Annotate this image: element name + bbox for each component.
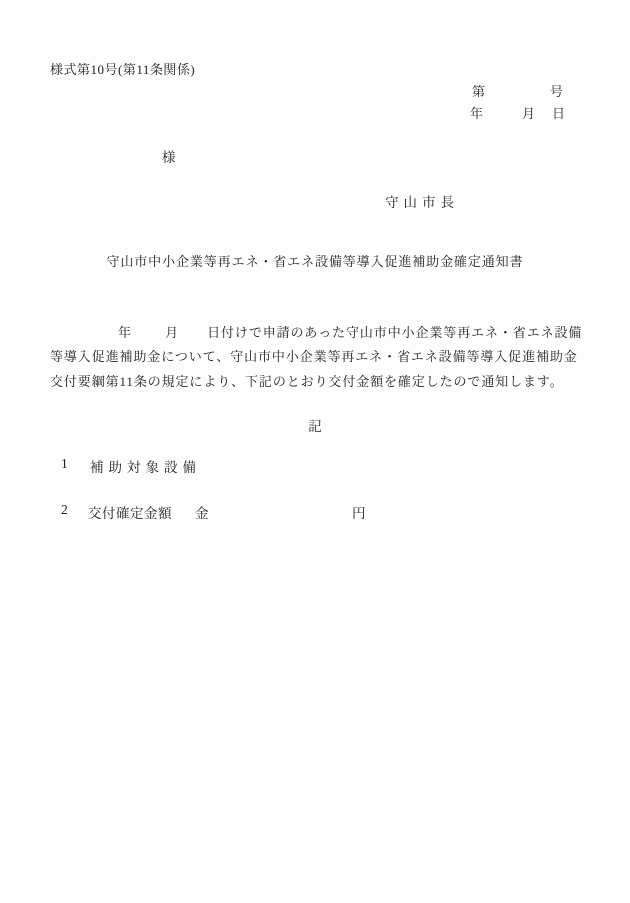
body-month-label: 月 bbox=[165, 322, 179, 341]
body-line-1-text: 日付けで申請のあった守山市中小企業等再エネ・省エネ設備 bbox=[207, 322, 582, 341]
date-day-label: 日 bbox=[552, 103, 565, 122]
list-item-2: 2 交付確定金額 金 円 bbox=[0, 502, 630, 522]
item-2-number: 2 bbox=[61, 502, 68, 518]
form-number-label: 様式第10号(第11条関係) bbox=[50, 59, 195, 78]
item-1-number: 1 bbox=[61, 456, 68, 472]
date-month-label: 月 bbox=[522, 103, 535, 122]
ki-section-marker: 記 bbox=[0, 415, 630, 435]
sender-mayor-label: 守山市長 bbox=[385, 191, 459, 211]
doc-number-suffix: 号 bbox=[550, 81, 563, 100]
body-paragraph-line-1: 年 月 日付けで申請のあった守山市中小企業等再エネ・省エネ設備 bbox=[50, 322, 590, 341]
amount-prefix-kin: 金 bbox=[195, 502, 209, 522]
doc-number-prefix: 第 bbox=[472, 81, 485, 100]
item-1-label: 補助対象設備 bbox=[90, 456, 201, 476]
document-page: 様式第10号(第11条関係) 第 号 年 月 日 様 守山市長 守山市中小企業等… bbox=[0, 0, 630, 903]
body-paragraph-line-3: 交付要綱第11条の規定により、下記のとおり交付金額を確定したので通知します。 bbox=[50, 371, 590, 390]
body-paragraph-line-2: 等導入促進補助金について、守山市中小企業等再エネ・省エネ設備等導入促進補助金 bbox=[50, 346, 590, 365]
addressee-honorific: 様 bbox=[162, 146, 176, 166]
item-2-label: 交付確定金額 bbox=[88, 502, 172, 522]
date-year-label: 年 bbox=[470, 103, 483, 122]
amount-suffix-yen: 円 bbox=[352, 502, 366, 522]
body-year-label: 年 bbox=[118, 322, 132, 341]
document-title: 守山市中小企業等再エネ・省エネ設備等導入促進補助金確定通知書 bbox=[0, 251, 630, 270]
list-item-1: 1 補助対象設備 bbox=[0, 456, 630, 476]
